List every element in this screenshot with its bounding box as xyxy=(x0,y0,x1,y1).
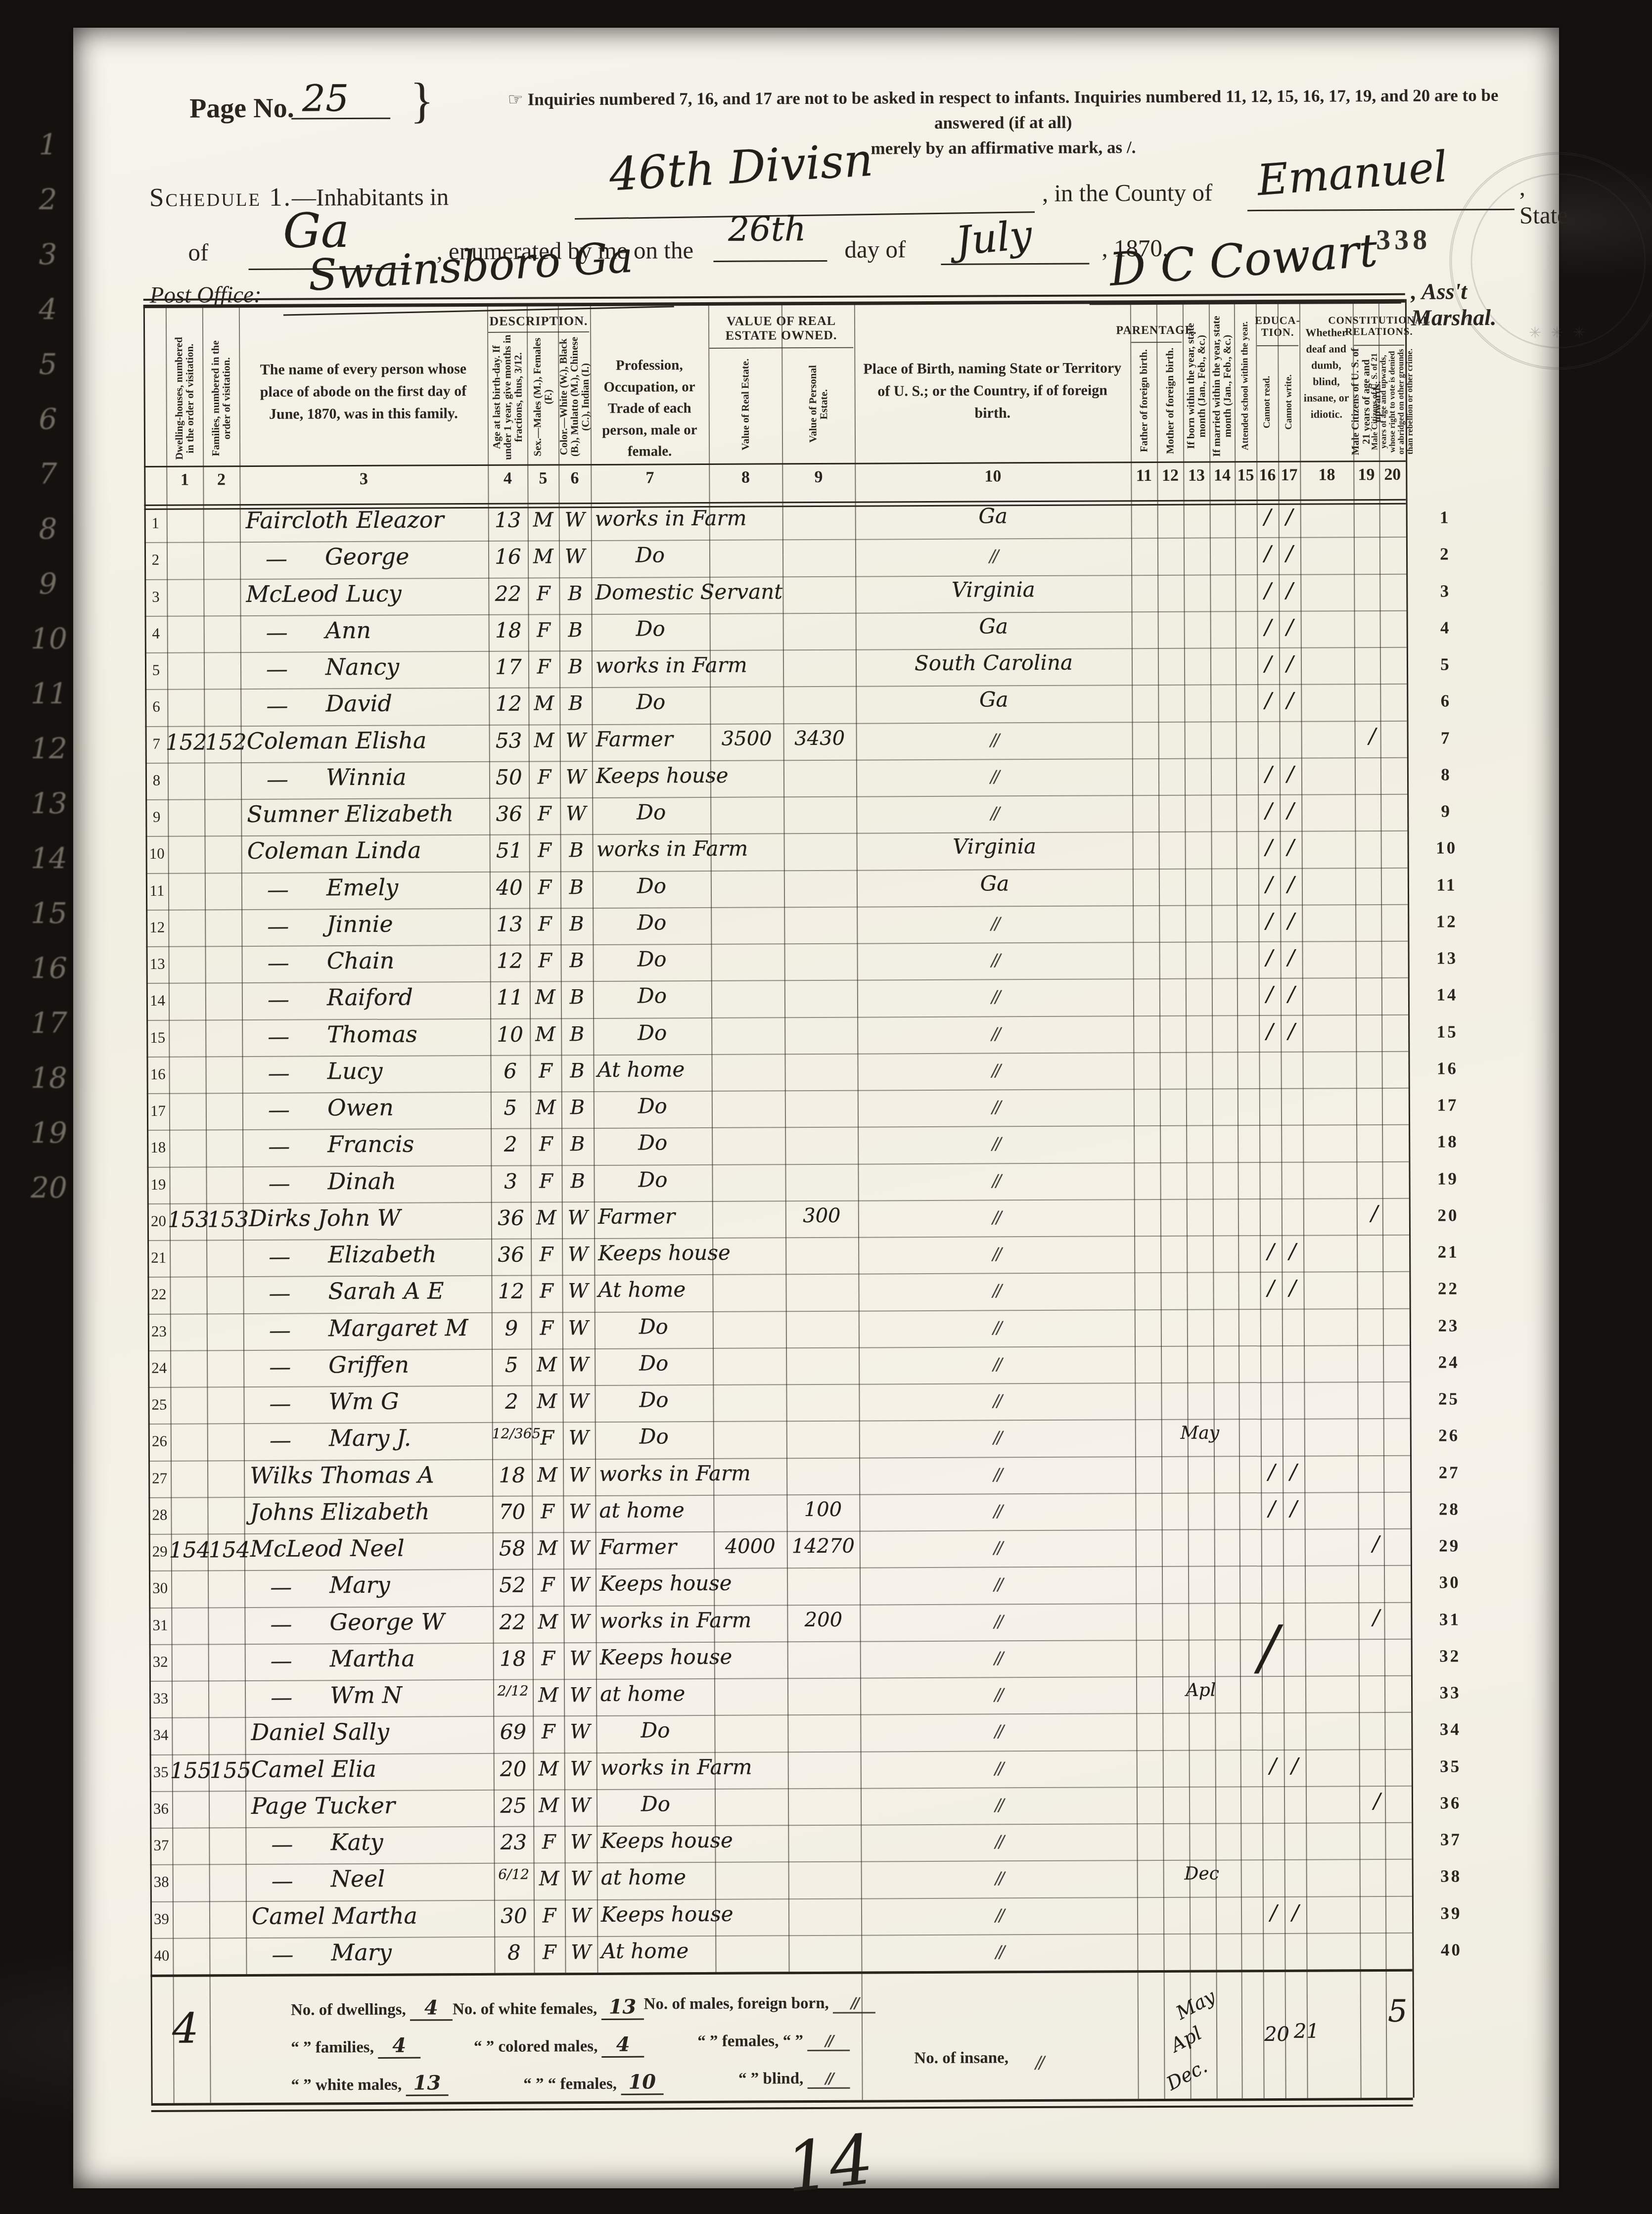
cell-birthplace-18: // xyxy=(858,1133,1134,1154)
cell-occupation-19: Do xyxy=(638,1167,667,1192)
gutter-number: 19 xyxy=(31,1116,65,1150)
footer-tally-mark: 14 xyxy=(782,2120,877,2208)
cell-name-22: Sarah A E xyxy=(328,1278,444,1305)
cell-month-born-33: Apl xyxy=(1174,1680,1228,1700)
cell-color-24: W xyxy=(562,1353,595,1376)
gutter-number: 14 xyxy=(31,841,65,875)
cell-name-1: Faircloth Eleazor xyxy=(246,506,444,534)
cell-age-34: 69 xyxy=(493,1720,533,1744)
cell-birthplace-15: // xyxy=(857,1023,1133,1044)
cell-name-39: Camel Martha xyxy=(252,1902,417,1929)
summary-column-line-20 xyxy=(1386,1969,1387,2098)
summary-item-label: “ ” colored males, xyxy=(474,2037,602,2056)
cell-citizen-20: / xyxy=(1362,1201,1387,1225)
column-line-2 xyxy=(202,305,211,1974)
line-number-right-13: 13 xyxy=(1430,948,1465,968)
cell-birthplace-19: // xyxy=(858,1170,1134,1191)
cell-surname-ditto-8: — xyxy=(267,767,288,792)
cell-color-32: W xyxy=(564,1647,596,1670)
cell-age-4: 18 xyxy=(489,618,528,642)
cell-color-11: B xyxy=(560,876,593,898)
cell-surname-ditto-22: — xyxy=(269,1281,290,1306)
column-number-8: 8 xyxy=(709,468,782,487)
line-number-left-32: 32 xyxy=(149,1653,172,1670)
enum-month-underline xyxy=(941,263,1089,265)
cell-occupation-25: Do xyxy=(639,1387,668,1412)
row-line-38 xyxy=(150,1895,1412,1902)
line-number-right-3: 3 xyxy=(1428,581,1463,601)
cell-age-16: 6 xyxy=(490,1059,530,1083)
cell-color-25: W xyxy=(562,1390,595,1413)
column-header-6: Color.—White (W.), Black (B.), Mulatto (… xyxy=(558,333,591,460)
summary-item-label: No. of dwellings, xyxy=(291,2001,410,2019)
cell-surname-ditto-4: — xyxy=(266,620,288,645)
cell-birthplace-1: Ga xyxy=(855,503,1131,528)
cell-citizen-36: / xyxy=(1364,1789,1390,1813)
column-line-13 xyxy=(1183,301,1191,1970)
line-number-left-31: 31 xyxy=(149,1616,171,1634)
column-number-9: 9 xyxy=(782,468,855,487)
cell-birthplace-36: // xyxy=(861,1795,1137,1815)
line-number-left-17: 17 xyxy=(147,1102,169,1120)
summary-item-label: “ ” “ females, xyxy=(523,2075,621,2093)
cell-sex-1: M xyxy=(528,508,559,531)
cell-color-5: B xyxy=(559,655,592,678)
line-number-left-10: 10 xyxy=(146,845,168,863)
column-header-18: Whether deaf and dumb, blind, insane, or… xyxy=(1303,324,1349,422)
column-header-10: Place of Birth, naming State or Territor… xyxy=(858,357,1127,424)
line-number-right-20: 20 xyxy=(1431,1205,1466,1225)
cell-name-38: Neel xyxy=(331,1865,385,1892)
line-number-right-36: 36 xyxy=(1433,1793,1468,1813)
cell-birthplace-30: // xyxy=(860,1574,1136,1595)
line-number-left-9: 9 xyxy=(145,808,168,826)
cell-personal-estate-20: 300 xyxy=(785,1204,858,1227)
cell-color-23: W xyxy=(562,1316,595,1339)
row-line-9 xyxy=(145,830,1407,837)
cell-color-33: W xyxy=(564,1684,596,1707)
line-number-right-21: 21 xyxy=(1431,1242,1466,1262)
cell-surname-ditto-30: — xyxy=(270,1575,292,1600)
cell-family-29: 154 xyxy=(209,1537,250,1563)
cell-color-35: W xyxy=(564,1757,597,1780)
cell-birthplace-8: // xyxy=(856,766,1132,787)
column-header-1: Dwelling-houses, numbered in the order o… xyxy=(166,335,203,461)
column-line-12 xyxy=(1156,301,1165,1970)
column-header-17: Cannot write. xyxy=(1278,347,1300,457)
summary-line-1: No. of dwellings, 4No. of white females,… xyxy=(291,1994,850,2022)
cell-name-30: Mary xyxy=(329,1571,390,1599)
cell-occupation-39: Keeps house xyxy=(601,1901,734,1926)
row-line-34 xyxy=(150,1749,1412,1755)
cell-cannot-read-4: / xyxy=(1257,615,1279,639)
line-number-left-3: 3 xyxy=(144,588,167,605)
cell-surname-ditto-18: — xyxy=(268,1134,290,1159)
cell-surname-ditto-31: — xyxy=(270,1612,292,1637)
cell-name-31: George W xyxy=(329,1608,444,1635)
gutter-number: 5 xyxy=(31,347,65,381)
cell-dwelling-20: 153 xyxy=(168,1207,209,1232)
cell-occupation-11: Do xyxy=(637,874,666,898)
row-line-8 xyxy=(145,794,1407,800)
cell-color-21: W xyxy=(562,1243,594,1266)
line-number-left-25: 25 xyxy=(148,1396,170,1414)
summary-item: No. of dwellings, 4 xyxy=(291,1996,453,2021)
cell-color-3: B xyxy=(559,582,591,604)
gutter-number: 2 xyxy=(31,183,65,216)
cell-cannot-write-5: / xyxy=(1279,651,1301,676)
summary-column-line-10 xyxy=(862,1972,863,2100)
gutter-number: 9 xyxy=(31,567,65,600)
row-line-16 xyxy=(147,1088,1409,1094)
stamp-stars: ✳ ✳ ✳ xyxy=(1452,324,1652,342)
column-number-18: 18 xyxy=(1300,465,1353,484)
summary-item-label: No. of males, foreign born, xyxy=(643,1994,833,2013)
cell-cannot-read-32: / xyxy=(1258,1614,1279,1682)
cell-age-35: 20 xyxy=(494,1756,533,1781)
cell-sex-30: F xyxy=(532,1573,563,1596)
cell-name-40: Mary xyxy=(331,1939,392,1966)
cell-name-29: McLeod Neel xyxy=(250,1535,405,1562)
cell-sex-7: M xyxy=(529,729,560,752)
line-number-left-34: 34 xyxy=(149,1726,172,1744)
cell-birthplace-20: // xyxy=(858,1207,1134,1228)
group-value-owned: VALUE OF REAL ESTATE OWNED. xyxy=(709,310,853,349)
gutter-number: 16 xyxy=(31,951,65,985)
cell-name-9: Sumner Elizabeth xyxy=(247,800,454,828)
cell-name-32: Martha xyxy=(330,1645,415,1672)
cell-birthplace-26: // xyxy=(859,1427,1135,1448)
cell-birthplace-17: // xyxy=(858,1097,1134,1117)
gutter-number: 1 xyxy=(31,128,65,161)
cell-name-6: David xyxy=(325,690,392,717)
cell-cannot-write-9: / xyxy=(1280,798,1301,823)
line-number-left-5: 5 xyxy=(145,661,167,679)
cell-citizen-7: / xyxy=(1360,723,1385,747)
cell-sex-29: M xyxy=(532,1537,563,1560)
line-number-left-7: 7 xyxy=(145,735,168,752)
cell-cannot-read-2: / xyxy=(1257,541,1279,565)
cell-cannot-write-21: / xyxy=(1282,1239,1303,1263)
cell-color-31: W xyxy=(563,1610,596,1633)
line-number-right-35: 35 xyxy=(1433,1756,1468,1776)
header-brace: } xyxy=(410,72,434,129)
cell-sex-35: M xyxy=(533,1757,564,1780)
summary-item-label: “ ” females, “ ” xyxy=(697,2032,807,2050)
cell-birthplace-23: // xyxy=(859,1317,1135,1338)
cell-name-24: Griffen xyxy=(328,1351,409,1378)
cell-cannot-write-10: / xyxy=(1280,835,1302,859)
inquiries-line1: Inquiries numbered 7, 16, and 17 are not… xyxy=(528,86,1499,133)
cell-occupation-35: works in Farm xyxy=(600,1754,752,1779)
cell-sex-5: F xyxy=(528,655,559,678)
cell-age-9: 36 xyxy=(489,802,529,826)
cell-surname-ditto-14: — xyxy=(268,987,289,1013)
row-line-39 xyxy=(150,1933,1412,1939)
column-header-15: Attended school within the year. xyxy=(1234,315,1256,457)
cell-name-17: Owen xyxy=(327,1094,394,1121)
cell-sex-31: M xyxy=(532,1611,563,1633)
gutter-number: 8 xyxy=(31,512,65,546)
column-number-5: 5 xyxy=(527,469,558,488)
cell-age-26: 12/365 xyxy=(492,1427,532,1441)
page-content: Page No. 25 } ☞ Inquiries numbered 7, 16… xyxy=(69,24,1564,2191)
cell-color-7: W xyxy=(560,729,592,751)
cell-sex-4: F xyxy=(528,619,559,642)
row-line-20 xyxy=(147,1235,1409,1241)
cell-sex-16: F xyxy=(530,1060,561,1082)
table-bottom-rule-1 xyxy=(151,2098,1413,2106)
summary-month-3: Dec. xyxy=(1163,2055,1211,2095)
cell-occupation-13: Do xyxy=(637,947,666,971)
column-header-13: If born within the year, state month (Ja… xyxy=(1183,315,1209,458)
cell-surname-ditto-13: — xyxy=(268,951,289,976)
cell-color-14: B xyxy=(561,986,593,1009)
cell-cannot-write-39: / xyxy=(1285,1900,1306,1924)
cell-dwelling-7: 152 xyxy=(166,730,207,755)
cell-surname-ditto-11: — xyxy=(267,877,289,902)
line-number-left-38: 38 xyxy=(150,1873,173,1891)
line-number-left-35: 35 xyxy=(150,1763,172,1781)
line-number-right-37: 37 xyxy=(1433,1830,1468,1849)
column-number-16: 16 xyxy=(1256,466,1278,485)
cell-cannot-write-6: / xyxy=(1279,688,1301,712)
line-number-left-37: 37 xyxy=(150,1837,172,1854)
cell-occupation-2: Do xyxy=(636,543,665,567)
cell-occupation-26: Do xyxy=(640,1425,669,1449)
table-bottom-rule-2 xyxy=(151,2105,1413,2112)
of-label: of xyxy=(188,238,208,266)
cell-name-15: Thomas xyxy=(327,1020,417,1048)
cell-age-23: 9 xyxy=(492,1316,531,1340)
cell-occupation-37: Keeps house xyxy=(600,1828,733,1853)
cell-age-5: 17 xyxy=(489,655,528,679)
line-number-right-10: 10 xyxy=(1429,838,1464,858)
cell-cannot-write-1: / xyxy=(1279,505,1300,529)
line-number-left-23: 23 xyxy=(148,1322,170,1340)
line-number-left-30: 30 xyxy=(149,1579,171,1597)
summary-item: “ ” families, 4 xyxy=(291,2034,420,2059)
row-line-1 xyxy=(144,537,1406,543)
cell-color-16: B xyxy=(561,1060,593,1082)
cell-age-33: 2/12 xyxy=(493,1684,533,1698)
post-office-underline xyxy=(283,306,674,316)
line-number-right-40: 40 xyxy=(1434,1940,1468,1960)
summary-item: “ ” females, “ ” // xyxy=(697,2032,850,2057)
cell-cannot-read-11: / xyxy=(1258,872,1280,896)
cell-color-9: W xyxy=(560,802,592,825)
cell-surname-ditto-2: — xyxy=(266,547,287,572)
summary-column-line-11 xyxy=(1138,1970,1139,2099)
cell-sex-34: F xyxy=(533,1720,564,1743)
cell-age-39: 30 xyxy=(494,1903,534,1928)
line-number-right-7: 7 xyxy=(1429,728,1464,748)
gutter-number: 13 xyxy=(31,786,65,820)
line-number-left-15: 15 xyxy=(146,1028,169,1046)
cell-age-32: 18 xyxy=(493,1646,533,1670)
cell-color-4: B xyxy=(559,619,592,642)
insane-label: No. of insane, xyxy=(914,2049,1009,2068)
citizen-total: 5 xyxy=(1388,1993,1408,2029)
cell-occupation-33: at home xyxy=(600,1681,686,1706)
cell-age-1: 13 xyxy=(488,508,528,532)
cell-color-12: B xyxy=(560,913,593,935)
cell-sex-18: F xyxy=(530,1133,561,1156)
cell-occupation-17: Do xyxy=(638,1094,667,1118)
cell-name-8: Winnia xyxy=(326,763,407,790)
row-line-7 xyxy=(145,757,1407,764)
post-office-value: Swainsboro Ga xyxy=(307,232,634,300)
cell-cannot-write-28: / xyxy=(1283,1496,1304,1520)
cell-color-36: W xyxy=(564,1794,597,1817)
cell-surname-ditto-26: — xyxy=(270,1428,291,1453)
cell-surname-ditto-5: — xyxy=(266,657,288,682)
cell-personal-estate-31: 200 xyxy=(787,1608,860,1631)
line-number-left-40: 40 xyxy=(150,1946,173,1964)
gutter-number: 17 xyxy=(31,1006,65,1040)
cell-occupation-18: Do xyxy=(638,1131,667,1155)
cell-age-30: 52 xyxy=(493,1573,532,1597)
row-line-4 xyxy=(145,647,1407,653)
cell-birthplace-10: Virginia xyxy=(856,833,1132,859)
cell-occupation-9: Do xyxy=(637,800,666,824)
column-line-3 xyxy=(239,305,247,1974)
cell-name-28: Johns Elizabeth xyxy=(250,1498,429,1525)
gutter-number: 4 xyxy=(31,292,65,326)
line-number-right-19: 19 xyxy=(1430,1169,1465,1189)
cell-color-30: W xyxy=(563,1573,596,1596)
cell-birthplace-5: South Carolina xyxy=(856,650,1132,675)
summary-column-line-2 xyxy=(210,1974,211,2103)
cell-age-24: 5 xyxy=(492,1352,531,1377)
row-line-22 xyxy=(148,1308,1410,1314)
line-number-right-27: 27 xyxy=(1432,1463,1467,1482)
line-number-right-22: 22 xyxy=(1431,1279,1466,1299)
cell-name-23: Margaret M xyxy=(328,1314,468,1341)
schedule-label: Schedule 1. xyxy=(149,183,292,212)
cell-name-27: Wilks Thomas A xyxy=(250,1461,434,1489)
row-line-27 xyxy=(148,1492,1410,1498)
column-number-7: 7 xyxy=(591,468,709,488)
gutter-number: 6 xyxy=(31,402,65,436)
summary-line-2: “ ” families, 4“ ” colored males, 4“ ” f… xyxy=(291,2032,850,2059)
cell-age-22: 12 xyxy=(491,1279,531,1303)
line-number-left-18: 18 xyxy=(147,1139,169,1156)
cell-occupation-4: Do xyxy=(636,616,665,641)
line-number-left-1: 1 xyxy=(144,514,167,532)
cell-surname-ditto-25: — xyxy=(269,1391,291,1417)
summary-item-label: “ ” blind, xyxy=(738,2070,808,2088)
cell-cannot-read-35: / xyxy=(1262,1753,1284,1777)
column-header-9: Value of Personal Estate. xyxy=(781,349,855,460)
cell-month-born-38: Dec xyxy=(1175,1864,1229,1884)
column-number-1: 1 xyxy=(166,470,203,489)
cell-name-25: Wm G xyxy=(328,1388,399,1415)
line-number-right-9: 9 xyxy=(1429,801,1464,821)
cell-birthplace-22: // xyxy=(858,1280,1134,1301)
cell-age-18: 2 xyxy=(491,1132,530,1156)
row-line-19 xyxy=(147,1198,1409,1204)
line-number-right-2: 2 xyxy=(1428,545,1463,564)
cell-sex-21: F xyxy=(531,1243,562,1266)
cell-color-6: B xyxy=(559,692,592,715)
cell-family-7: 152 xyxy=(205,730,247,755)
cell-occupation-7: Farmer xyxy=(596,727,673,751)
cell-name-13: Chain xyxy=(326,947,394,974)
column-header-2: Families, numbered in the order of visit… xyxy=(202,335,239,461)
cell-occupation-23: Do xyxy=(639,1314,668,1338)
gutter-number: 11 xyxy=(31,677,65,710)
summary-item: “ ” colored males, 4 xyxy=(474,2033,644,2059)
cell-birthplace-11: Ga xyxy=(857,871,1133,896)
cell-birthplace-27: // xyxy=(859,1464,1135,1485)
summary-column-line-14 xyxy=(1216,1970,1218,2098)
cell-age-6: 12 xyxy=(489,692,528,716)
cell-color-20: W xyxy=(562,1206,594,1229)
cell-name-33: Wm N xyxy=(330,1682,402,1709)
cell-birthplace-35: // xyxy=(861,1758,1137,1779)
cell-age-31: 22 xyxy=(493,1610,532,1634)
cell-sex-26: F xyxy=(532,1427,563,1449)
cell-surname-ditto-23: — xyxy=(269,1318,291,1343)
cell-cannot-write-11: / xyxy=(1280,872,1302,896)
column-number-2: 2 xyxy=(203,470,239,489)
row-line-10 xyxy=(146,867,1408,874)
cell-sex-10: F xyxy=(529,839,560,862)
cell-name-3: McLeod Lucy xyxy=(246,580,402,607)
cell-surname-ditto-6: — xyxy=(266,693,288,719)
cell-color-26: W xyxy=(563,1427,595,1449)
cell-cannot-write-22: / xyxy=(1282,1276,1303,1300)
summary-item-label: “ ” families, xyxy=(291,2038,378,2057)
cell-sex-6: M xyxy=(528,692,559,715)
cell-name-5: Nancy xyxy=(325,653,399,681)
cell-birthplace-33: // xyxy=(860,1684,1136,1705)
cell-name-35: Camel Elia xyxy=(251,1755,376,1782)
gutter-number: 3 xyxy=(31,237,65,271)
cell-sex-27: M xyxy=(532,1464,563,1486)
cell-birthplace-13: // xyxy=(857,950,1133,970)
line-number-left-14: 14 xyxy=(146,992,169,1010)
cell-cannot-read-3: / xyxy=(1257,578,1279,602)
cell-occupation-36: Do xyxy=(641,1792,670,1816)
cell-cannot-read-10: / xyxy=(1258,835,1280,859)
cell-cannot-write-2: / xyxy=(1279,541,1300,565)
cell-occupation-12: Do xyxy=(637,910,666,934)
cell-cannot-write-12: / xyxy=(1280,908,1302,932)
cell-color-15: B xyxy=(561,1022,593,1045)
column-number-12: 12 xyxy=(1157,466,1183,485)
line-number-right-11: 11 xyxy=(1429,875,1464,895)
column-line-19 xyxy=(1353,300,1361,1969)
cell-occupation-32: Keeps house xyxy=(600,1645,733,1669)
cell-birthplace-40: // xyxy=(861,1941,1137,1962)
summary-item: “ ” white males, 13 xyxy=(291,2071,448,2096)
cell-color-37: W xyxy=(564,1831,597,1853)
cell-birthplace-39: // xyxy=(861,1905,1137,1926)
line-number-left-13: 13 xyxy=(146,955,169,973)
cell-sex-12: F xyxy=(529,913,560,935)
column-number-17: 17 xyxy=(1278,466,1300,485)
cell-name-11: Emely xyxy=(326,874,398,901)
cell-age-12: 13 xyxy=(490,912,529,936)
summary-item-value: 4 xyxy=(410,1996,453,2021)
cell-sex-19: F xyxy=(530,1170,561,1193)
cell-sex-40: F xyxy=(534,1941,565,1964)
cell-cannot-read-28: / xyxy=(1261,1496,1283,1521)
cell-occupation-34: Do xyxy=(641,1718,670,1743)
cell-birthplace-4: Ga xyxy=(856,613,1132,639)
